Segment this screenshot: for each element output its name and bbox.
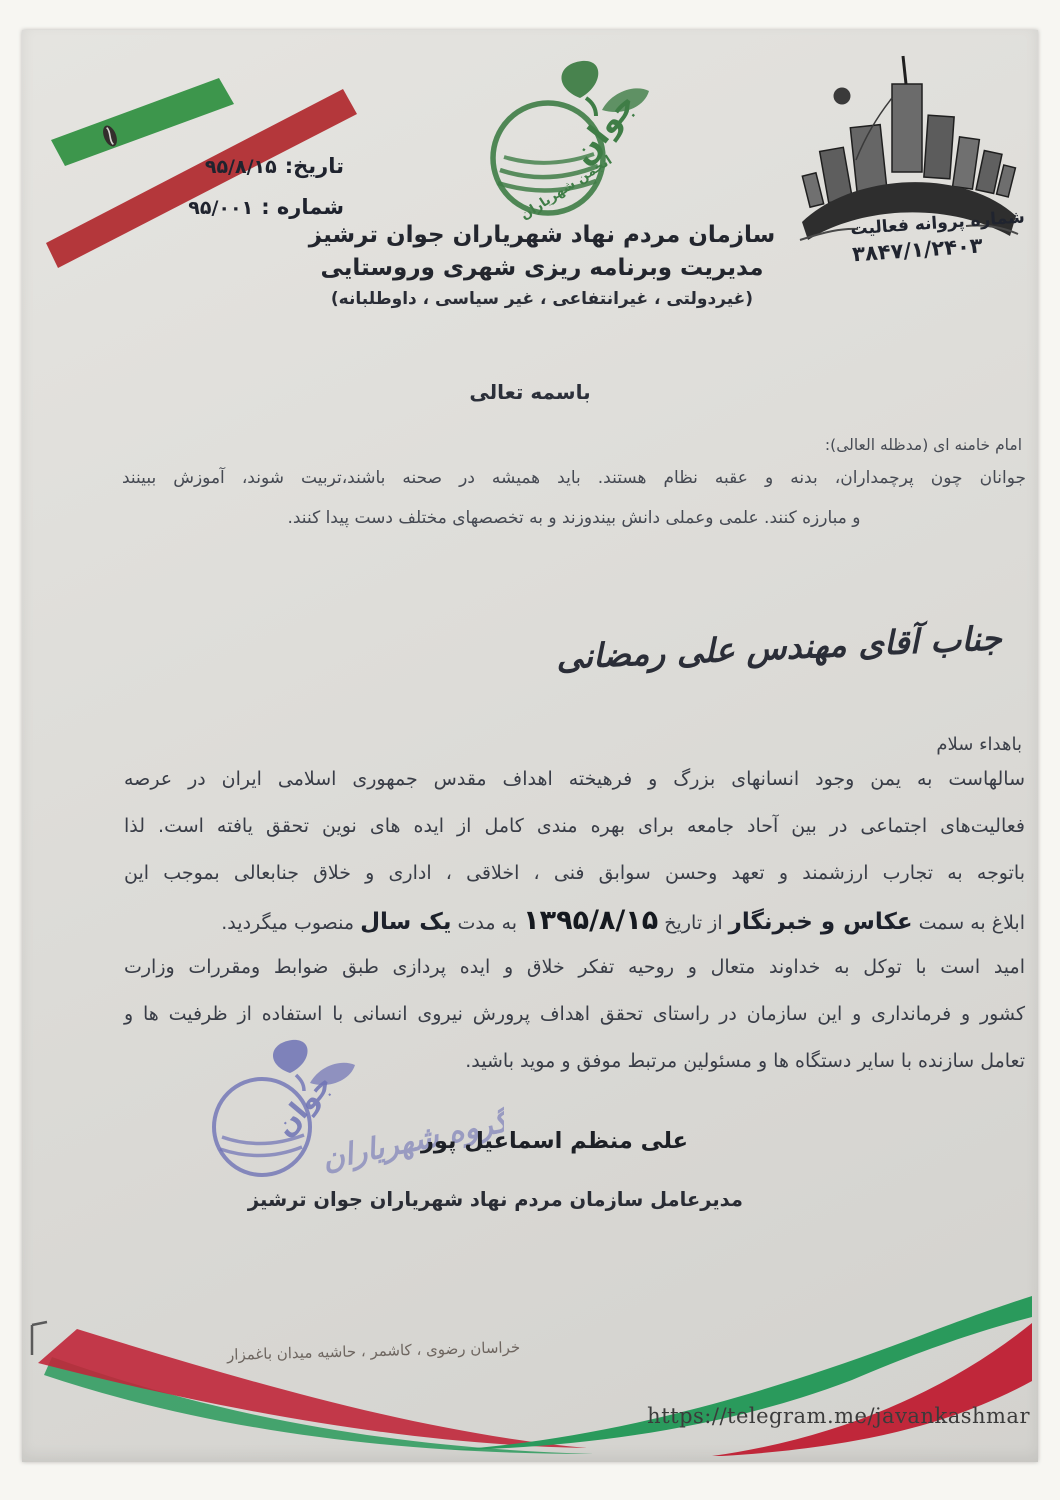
date-label: تاریخ: bbox=[285, 154, 344, 178]
appointment-date: ۱۳۹۵/۸/۱۵ bbox=[523, 905, 658, 936]
appointment-line: ابلاغ به سمت عکاس و خبرنگار از تاریخ ۱۳۹… bbox=[124, 897, 1025, 944]
quote-line: و مبارزه کنند. علمی وعملی دانش بیندوزند … bbox=[122, 508, 1026, 548]
salutation: باهداء سلام bbox=[936, 734, 1022, 755]
body-line: باتوجه به تجارب ارزشمند و تعهد وحسن سواب… bbox=[124, 850, 1025, 897]
quote-line: جوانان چون پرچمداران، بدنه و عقبه نظام ه… bbox=[122, 468, 1026, 508]
date-row: تاریخ: ۹۵/۸/۱۵ bbox=[172, 154, 344, 178]
signatory-name: علی منظم اسماعیل پور bbox=[421, 1128, 688, 1154]
right-red-ribbon bbox=[712, 1323, 1032, 1456]
scanned-letter-page: تاریخ: ۹۵/۸/۱۵ شماره : ۹۵/۰۰۱ جوان انجمن… bbox=[22, 30, 1038, 1462]
besmellah: باسمه تعالی bbox=[22, 380, 1038, 404]
appointment-mid2: به مدت bbox=[458, 912, 518, 934]
number-value: ۹۵/۰۰۱ bbox=[188, 197, 253, 219]
org-type: (غیردولتی ، غیرانتفاعی ، غیر سیاسی ، داو… bbox=[302, 289, 782, 309]
org-department: مدیریت وبرنامه ریزی شهری وروستایی bbox=[302, 255, 782, 281]
flag-green-stripe bbox=[51, 78, 234, 166]
appointment-position: عکاس و خبرنگار bbox=[729, 909, 913, 935]
date-value: ۹۵/۸/۱۵ bbox=[205, 156, 277, 178]
sun-dot bbox=[834, 88, 851, 105]
number-label: شماره : bbox=[261, 195, 344, 219]
ribbon-end-mark bbox=[32, 1322, 47, 1355]
body-line: کشور و فرمانداری و این سازمان در راستای … bbox=[124, 991, 1025, 1038]
quote-attribution: امام خامنه ای (مدظله العالی): bbox=[825, 436, 1022, 454]
quote-block: جوانان چون پرچمداران، بدنه و عقبه نظام ه… bbox=[122, 468, 1026, 548]
appointment-mid: از تاریخ bbox=[664, 912, 722, 934]
org-name: سازمان مردم نهاد شهریاران جوان ترشیز bbox=[302, 222, 782, 248]
org-header: سازمان مردم نهاد شهریاران جوان ترشیز مدی… bbox=[302, 222, 782, 309]
appointment-duration: یک سال bbox=[360, 909, 451, 935]
number-row: شماره : ۹۵/۰۰۱ bbox=[172, 195, 344, 219]
recipient-name: جناب آقای مهندس علی رمضانی bbox=[556, 618, 1003, 676]
body-line: امید است با توکل به خداوند متعال و روحیه… bbox=[124, 944, 1025, 991]
body-line: سالهاست به یمن وجود انسانهای بزرگ و فرهی… bbox=[124, 756, 1025, 803]
signatory-title: مدیرعامل سازمان مردم نهاد شهریاران جوان … bbox=[248, 1188, 743, 1211]
antenna-line bbox=[903, 56, 906, 84]
letter-meta: تاریخ: ۹۵/۸/۱۵ شماره : ۹۵/۰۰۱ bbox=[172, 154, 344, 219]
appointment-post: منصوب میگردید. bbox=[221, 912, 354, 934]
footer-ribbon-graphic bbox=[22, 1287, 1038, 1462]
footer-telegram-url: https://telegram.me/javankashmar bbox=[647, 1404, 1030, 1428]
body-line: فعالیت‌های اجتماعی در بین آحاد جامعه برا… bbox=[124, 803, 1025, 850]
signature-stamp-icon: جوان گروه شهریاران bbox=[204, 1035, 504, 1205]
org-logo-icon: جوان انجمن شهریاران bbox=[484, 56, 659, 228]
appointment-pre: ابلاغ به سمت bbox=[919, 912, 1025, 934]
logo-leaf-large bbox=[561, 61, 598, 98]
